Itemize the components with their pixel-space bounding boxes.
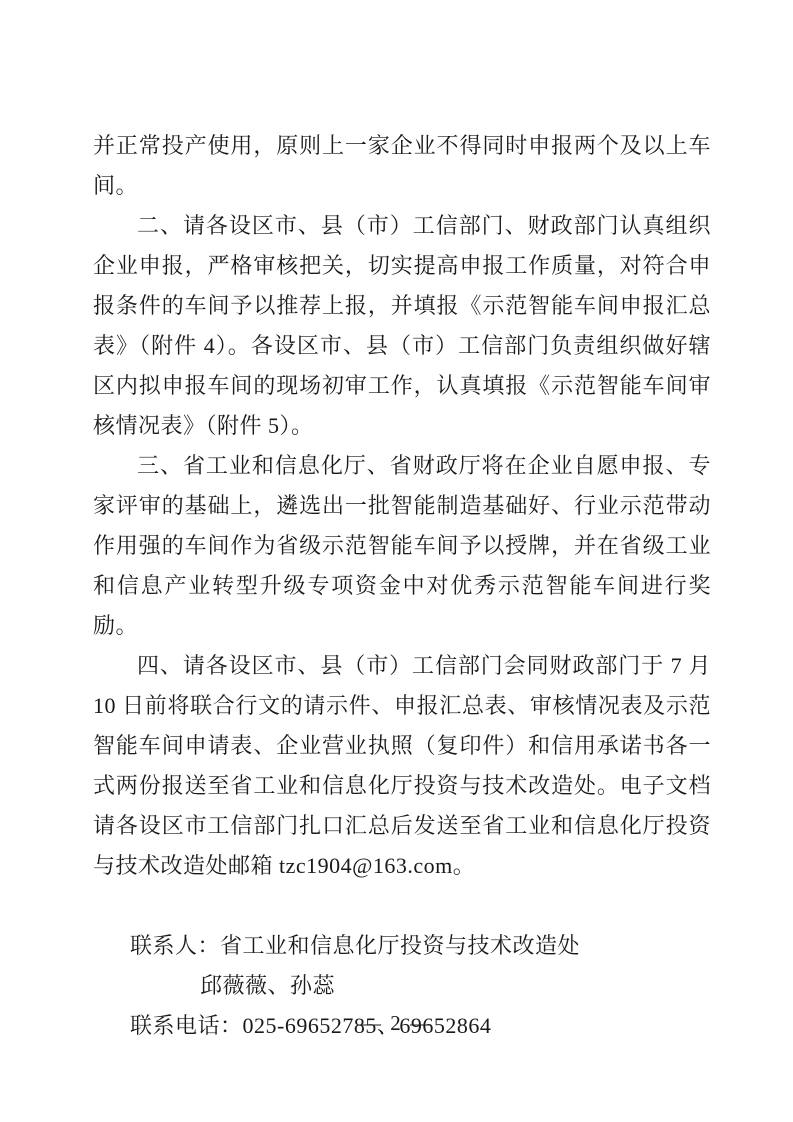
contact-person-value: 省工业和信息化厅投资与技术改造处 [220, 933, 580, 958]
email-address: tzc1904@163.com [279, 853, 453, 878]
contact-person-label: 联系人： [130, 933, 220, 958]
document-body: 并正常投产使用，原则上一家企业不得同时申报两个及以上车间。 二、请各设区市、县（… [93, 126, 711, 1046]
contact-person-names: 邱薇薇、孙蕊 [93, 966, 711, 1006]
document-page: 并正常投产使用，原则上一家企业不得同时申报两个及以上车间。 二、请各设区市、县（… [0, 0, 793, 1122]
paragraph-continuation: 并正常投产使用，原则上一家企业不得同时申报两个及以上车间。 [93, 126, 711, 206]
paragraph-item-4-text: 四、请各设区市、县（市）工信部门会同财政部门于 7 月 10 日前将联合行文的请… [93, 653, 711, 878]
paragraph-item-2: 二、请各设区市、县（市）工信部门、财政部门认真组织企业申报，严格审核把关，切实提… [93, 206, 711, 446]
paragraph-item-3: 三、省工业和信息化厅、省财政厅将在企业自愿申报、专家评审的基础上，遴选出一批智能… [93, 446, 711, 646]
page-number: — 2 — [0, 1011, 793, 1036]
paragraph-item-4-period: 。 [453, 853, 476, 878]
contact-person-line: 联系人：省工业和信息化厅投资与技术改造处 [93, 926, 711, 966]
paragraph-item-4: 四、请各设区市、县（市）工信部门会同财政部门于 7 月 10 日前将联合行文的请… [93, 646, 711, 886]
